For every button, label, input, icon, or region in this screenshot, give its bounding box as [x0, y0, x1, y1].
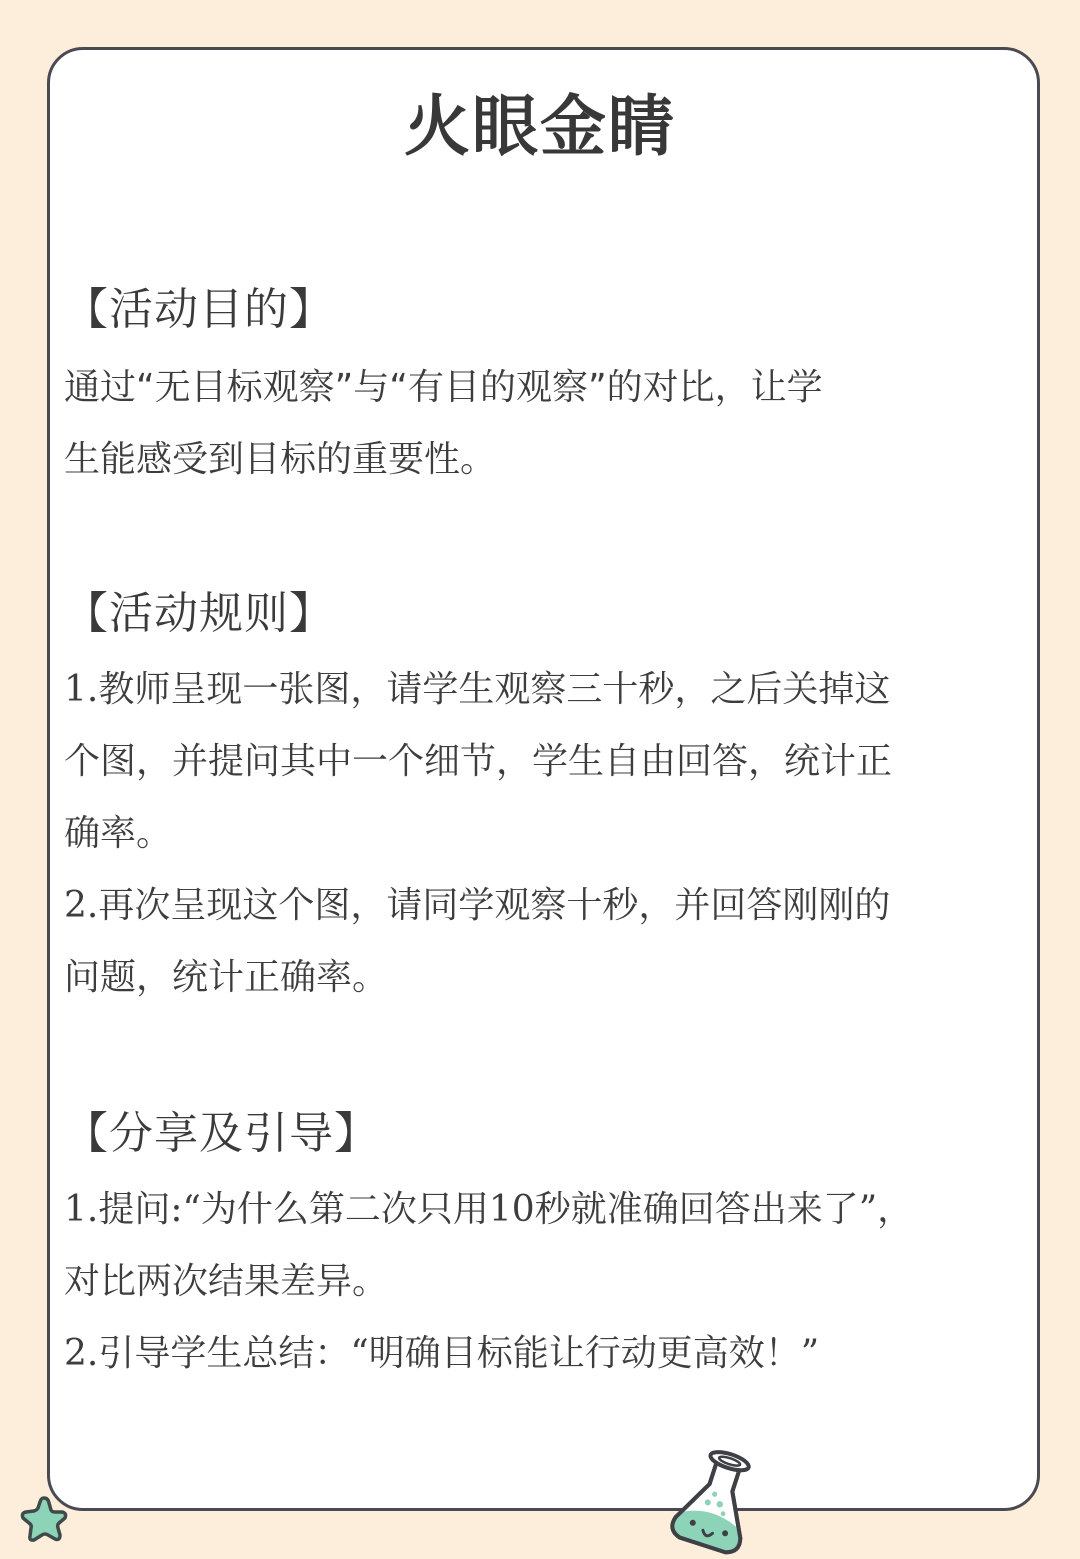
text-line: 确率。 [64, 798, 1014, 870]
star-icon [18, 1494, 70, 1544]
section-heading-purpose: 【活动目的】 [64, 280, 334, 340]
section-body-purpose: 通过“无目标观察”与“有目的观察”的对比，让学 生能感受到目标的重要性。 [64, 352, 1014, 496]
text-line: 通过“无目标观察”与“有目的观察”的对比，让学 [64, 352, 1014, 424]
text-line: 生能感受到目标的重要性。 [64, 424, 1014, 496]
text-line: 2.再次呈现这个图，请同学观察十秒，并回答刚刚的 [64, 870, 1014, 942]
text-line: 1.教师呈现一张图，请学生观察三十秒，之后关掉这 [64, 654, 1014, 726]
text-line: 个图，并提问其中一个细节，学生自由回答，统计正 [64, 726, 1014, 798]
flask-icon [668, 1443, 764, 1559]
text-line: 2.引导学生总结：“明确目标能让行动更高效！” [64, 1318, 1014, 1390]
section-heading-sharing: 【分享及引导】 [64, 1104, 379, 1164]
text-line: 1.提问:“为什么第二次只用10秒就准确回答出来了”， [64, 1174, 1014, 1246]
text-line: 问题，统计正确率。 [64, 942, 1014, 1014]
section-body-sharing: 1.提问:“为什么第二次只用10秒就准确回答出来了”， 对比两次结果差异。 2.… [64, 1174, 1014, 1390]
section-body-rules: 1.教师呈现一张图，请学生观察三十秒，之后关掉这 个图，并提问其中一个细节，学生… [64, 654, 1014, 1014]
section-heading-rules: 【活动规则】 [64, 584, 334, 644]
page-title: 火眼金睛 [0, 82, 1080, 172]
text-line: 对比两次结果差异。 [64, 1246, 1014, 1318]
